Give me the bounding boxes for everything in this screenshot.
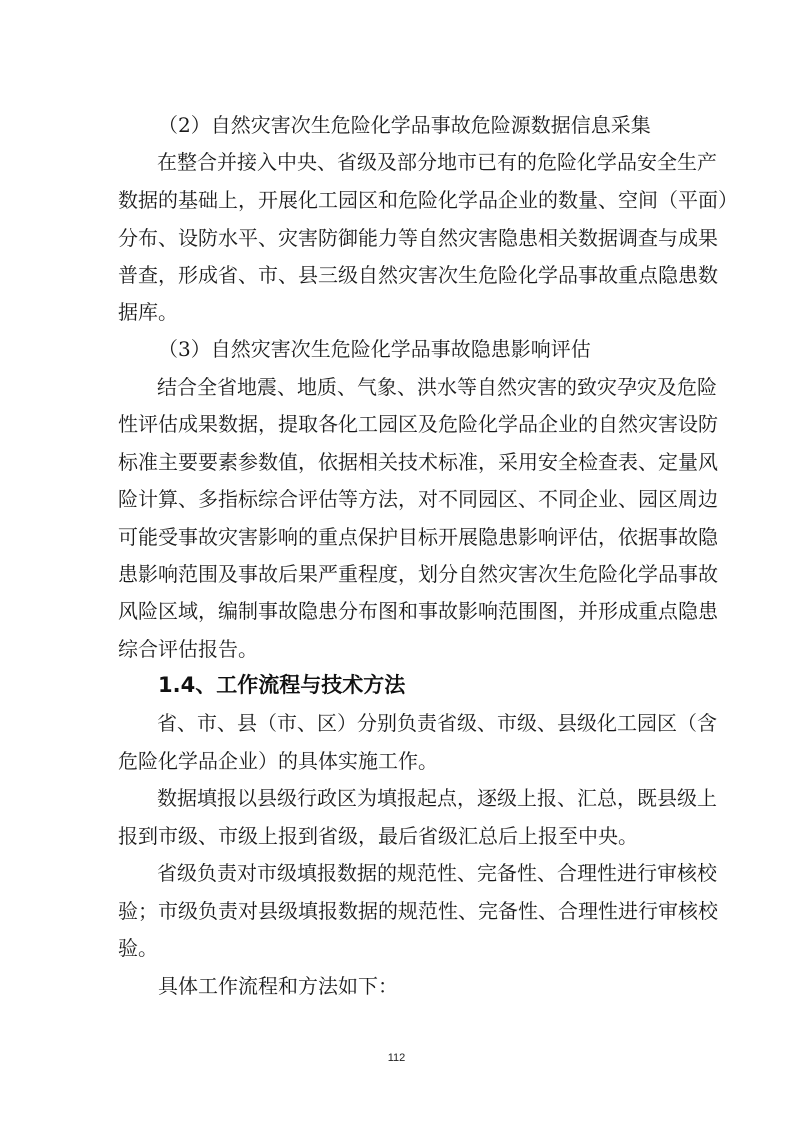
paragraph-line: 性评估成果数据，提取各化工园区及危险化学品企业的自然灾害设防 <box>118 411 700 437</box>
paragraph-line: 危险化学品企业）的具体实施工作。 <box>118 748 700 774</box>
paragraph-line: 省级负责对市级填报数据的规范性、完备性、合理性进行审核校 <box>157 860 700 886</box>
paragraph-line: 分布、设防水平、灾害防御能力等自然灾害隐患相关数据调查与成果 <box>118 225 700 251</box>
paragraph-line: 在整合并接入中央、省级及部分地市已有的危险化学品安全生产 <box>157 149 700 175</box>
paragraph-line: 患影响范围及事故后果严重程度，划分自然灾害次生危险化学品事故 <box>118 561 700 587</box>
paragraph-line: 数据的基础上，开展化工园区和危险化学品企业的数量、空间（平面） <box>118 187 700 213</box>
paragraph-line: 标准主要要素参数值，依据相关技术标准，采用安全检查表、定量风 <box>118 449 700 475</box>
paragraph-line: 综合评估报告。 <box>118 636 700 662</box>
document-page: （2）自然灾害次生危险化学品事故危险源数据信息采集 在整合并接入中央、省级及部分… <box>0 0 793 1122</box>
paragraph-line: 省、市、县（市、区）分别负责省级、市级、县级化工园区（含 <box>157 710 700 736</box>
paragraph-line: 具体工作流程和方法如下： <box>158 973 398 999</box>
paragraph-line: 报到市级、市级上报到省级，最后省级汇总后上报至中央。 <box>118 823 700 849</box>
section-heading: 1.4、工作流程与技术方法 <box>158 672 405 698</box>
paragraph-line: 普查，形成省、市、县三级自然灾害次生危险化学品事故重点隐患数 <box>118 262 700 288</box>
paragraph-line: 风险区域，编制事故隐患分布图和事故影响范围图，并形成重点隐患 <box>118 598 700 624</box>
paragraph-line: 验。 <box>118 935 700 961</box>
paragraph-line: 结合全省地震、地质、气象、洪水等自然灾害的致灾孕灾及危险 <box>157 374 700 400</box>
page-number: 112 <box>0 1052 793 1064</box>
subheading-3: （3）自然灾害次生危险化学品事故隐患影响评估 <box>158 336 591 362</box>
paragraph-line: 验；市级负责对县级填报数据的规范性、完备性、合理性进行审核校 <box>118 898 700 924</box>
paragraph-line: 数据填报以县级行政区为填报起点，逐级上报、汇总，既县级上 <box>157 785 700 811</box>
paragraph-line: 可能受事故灾害影响的重点保护目标开展隐患影响评估，依据事故隐 <box>118 524 700 550</box>
subheading-2: （2）自然灾害次生危险化学品事故危险源数据信息采集 <box>158 112 651 138</box>
paragraph-line: 险计算、多指标综合评估等方法，对不同园区、不同企业、园区周边 <box>118 486 700 512</box>
paragraph-line: 据库。 <box>118 299 700 325</box>
